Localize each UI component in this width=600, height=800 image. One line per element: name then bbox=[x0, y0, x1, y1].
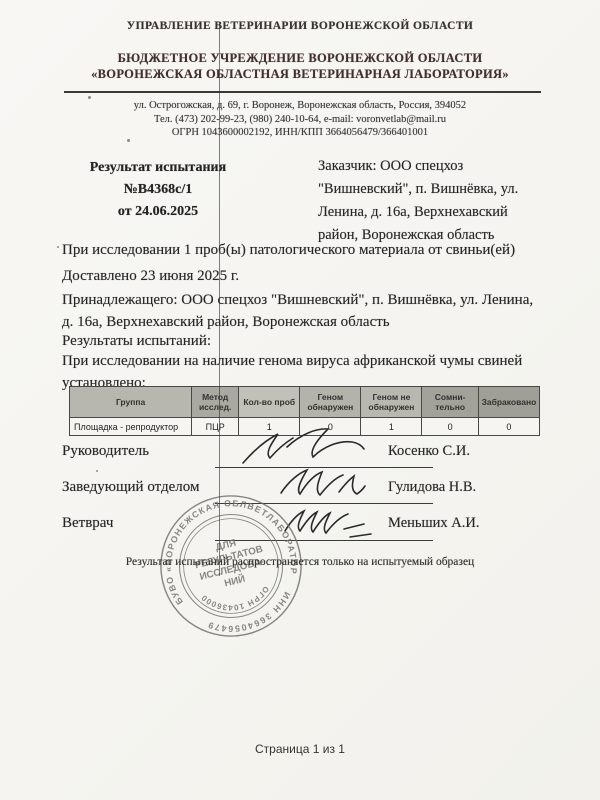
signature-ink-director bbox=[243, 429, 364, 463]
disclaimer-note: Результат испытаний распространяется тол… bbox=[0, 556, 600, 568]
handwritten-signatures bbox=[0, 0, 600, 800]
scan-fold-line bbox=[219, 24, 220, 576]
svg-text:БУВО «ВОРОНЕЖСКАЯ ОБЛВЕТЛАБОРА: БУВО «ВОРОНЕЖСКАЯ ОБЛВЕТЛАБОРАТОРИЯ» bbox=[128, 463, 303, 617]
scanned-document-page: УПРАВЛЕНИЕ ВЕТЕРИНАРИИ ВОРОНЕЖСКОЙ ОБЛАС… bbox=[0, 0, 600, 800]
stamp-ring-top-text: БУВО «ВОРОНЕЖСКАЯ ОБЛВЕТЛАБОРАТОРИЯ» bbox=[128, 463, 303, 617]
